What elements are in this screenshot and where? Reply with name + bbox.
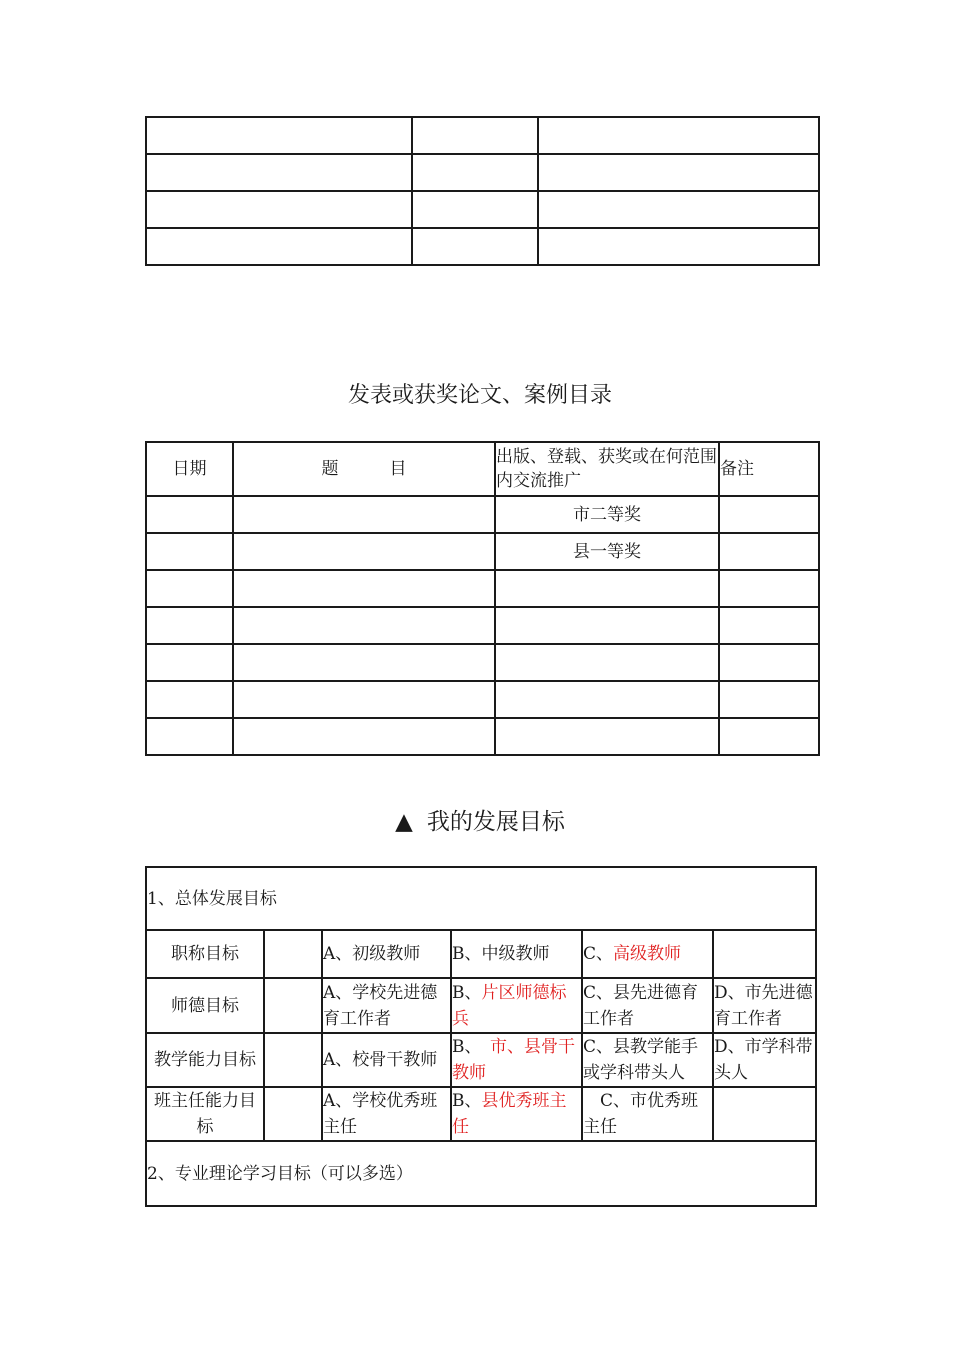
theory-goal-heading: 2、专业理论学习目标（可以多选） [146,1141,816,1206]
cell-notes[interactable] [719,607,819,644]
goal-option[interactable]: A、学校优秀班主任 [322,1087,451,1141]
goal-blank-cell[interactable] [264,978,322,1033]
goal-option-selected[interactable]: B、片区师德标兵 [451,978,582,1033]
table-cell[interactable] [412,154,538,191]
option-prefix: C、 [583,1091,630,1111]
table-cell[interactable] [538,154,819,191]
goal-row-teaching: 教学能力目标 A、校骨干教师 B、 市、县骨干教师 C、县教学能手或学科带头人 … [146,1033,816,1087]
table-row [146,607,819,644]
cell-notes[interactable] [719,644,819,681]
goal-row-homeroom: 班主任能力目标 A、学校优秀班主任 B、县优秀班主任 C、市优秀班主任 [146,1087,816,1141]
cell-title[interactable] [233,533,495,570]
goal-option-selected[interactable]: C、高级教师 [582,930,713,978]
table-cell[interactable] [412,228,538,265]
cell-date[interactable] [146,607,233,644]
cell-publication[interactable] [495,644,719,681]
goal-option[interactable]: D、市先进德育工作者 [713,978,816,1033]
option-prefix: A、 [323,1091,352,1111]
goal-label: 师德目标 [146,978,264,1033]
option-prefix: D、 [714,1037,745,1057]
option-prefix: C、 [583,944,613,964]
cell-date[interactable] [146,644,233,681]
goal-option[interactable]: C、市优秀班主任 [582,1087,713,1141]
goal-option[interactable]: A、初级教师 [322,930,451,978]
option-prefix: A、 [323,1050,352,1070]
goal-option-selected[interactable]: B、 市、县骨干教师 [451,1033,582,1087]
cell-notes[interactable] [719,496,819,533]
goal-blank-cell[interactable] [264,1087,322,1141]
option-prefix: B、 [452,944,482,964]
cell-publication[interactable] [495,570,719,607]
triangle-bullet-icon: ▲ [395,809,413,835]
cell-publication[interactable] [495,718,719,755]
option-prefix: A、 [323,944,352,964]
table-header-row: 日期 题 目 出版、登载、获奖或在何范围内交流推广 备注 [146,442,819,496]
option-prefix: B、 [452,1037,490,1057]
table-cell[interactable] [146,117,412,154]
option-prefix: B、 [452,983,482,1003]
header-date: 日期 [146,442,233,496]
cell-title[interactable] [233,570,495,607]
goal-label: 教学能力目标 [146,1033,264,1087]
table-cell[interactable] [412,117,538,154]
goal-option[interactable]: C、县先进德育工作者 [582,978,713,1033]
table-row [146,154,819,191]
cell-title[interactable] [233,718,495,755]
cell-date[interactable] [146,681,233,718]
table-cell[interactable] [538,117,819,154]
option-prefix: A、 [323,983,352,1003]
table-row [146,191,819,228]
table-row [146,644,819,681]
table-row: 县一等奖 [146,533,819,570]
header-publication: 出版、登载、获奖或在何范围内交流推广 [495,442,719,496]
table-cell[interactable] [146,228,412,265]
goal-blank-cell[interactable] [264,930,322,978]
cell-notes[interactable] [719,718,819,755]
goal-option[interactable]: D、市学科带头人 [713,1033,816,1087]
goal-row-title: 职称目标 A、初级教师 B、中级教师 C、高级教师 [146,930,816,978]
cell-notes[interactable] [719,570,819,607]
table-cell[interactable] [538,228,819,265]
table-row [146,681,819,718]
cell-title[interactable] [233,607,495,644]
theory-goal-row: 2、专业理论学习目标（可以多选） [146,1141,816,1206]
cell-publication[interactable]: 县一等奖 [495,533,719,570]
option-text: 校骨干教师 [352,1050,437,1070]
cell-notes[interactable] [719,681,819,718]
goal-option[interactable]: C、县教学能手或学科带头人 [582,1033,713,1087]
cell-notes[interactable] [719,533,819,570]
header-notes: 备注 [719,442,819,496]
cell-date[interactable] [146,496,233,533]
overall-goal-row: 1、总体发展目标 [146,867,816,930]
option-prefix: B、 [452,1091,482,1111]
table-cell[interactable] [412,191,538,228]
option-text: 中级教师 [482,944,550,964]
cell-date[interactable] [146,533,233,570]
goal-option[interactable] [713,930,816,978]
papers-table: 日期 题 目 出版、登载、获奖或在何范围内交流推广 备注 市二等奖 县一等奖 [145,441,820,756]
cell-publication[interactable]: 市二等奖 [495,496,719,533]
goal-option[interactable]: A、校骨干教师 [322,1033,451,1087]
cell-publication[interactable] [495,681,719,718]
table-row [146,117,819,154]
table-row: 市二等奖 [146,496,819,533]
goal-option[interactable]: A、学校先进德育工作者 [322,978,451,1033]
option-prefix: D、 [714,983,745,1003]
table-cell[interactable] [146,154,412,191]
goal-blank-cell[interactable] [264,1033,322,1087]
goal-option[interactable] [713,1087,816,1141]
cell-title[interactable] [233,681,495,718]
option-text-selected: 高级教师 [613,944,681,964]
goal-option[interactable]: B、中级教师 [451,930,582,978]
cell-title[interactable] [233,496,495,533]
goal-label: 职称目标 [146,930,264,978]
goal-label: 班主任能力目标 [146,1087,264,1141]
table-cell[interactable] [146,191,412,228]
table-row [146,718,819,755]
cell-date[interactable] [146,570,233,607]
table-row [146,228,819,265]
top-empty-table [145,116,820,266]
cell-date[interactable] [146,718,233,755]
table-row [146,570,819,607]
header-title: 题 目 [233,442,495,496]
goals-section-title: ▲我的发展目标 [0,803,960,836]
table-cell[interactable] [538,191,819,228]
option-prefix: C、 [583,1037,613,1057]
option-text: 初级教师 [352,944,420,964]
goal-row-ethics: 师德目标 A、学校先进德育工作者 B、片区师德标兵 C、县先进德育工作者 D、市… [146,978,816,1033]
cell-title[interactable] [233,644,495,681]
overall-goal-heading: 1、总体发展目标 [146,867,816,930]
option-prefix: C、 [583,983,613,1003]
goals-table: 1、总体发展目标 职称目标 A、初级教师 B、中级教师 C、高级教师 师德目标 … [145,866,817,1207]
papers-section-title: 发表或获奖论文、案例目录 [0,378,960,409]
goals-title-text: 我的发展目标 [427,809,565,835]
cell-publication[interactable] [495,607,719,644]
goal-option-selected[interactable]: B、县优秀班主任 [451,1087,582,1141]
